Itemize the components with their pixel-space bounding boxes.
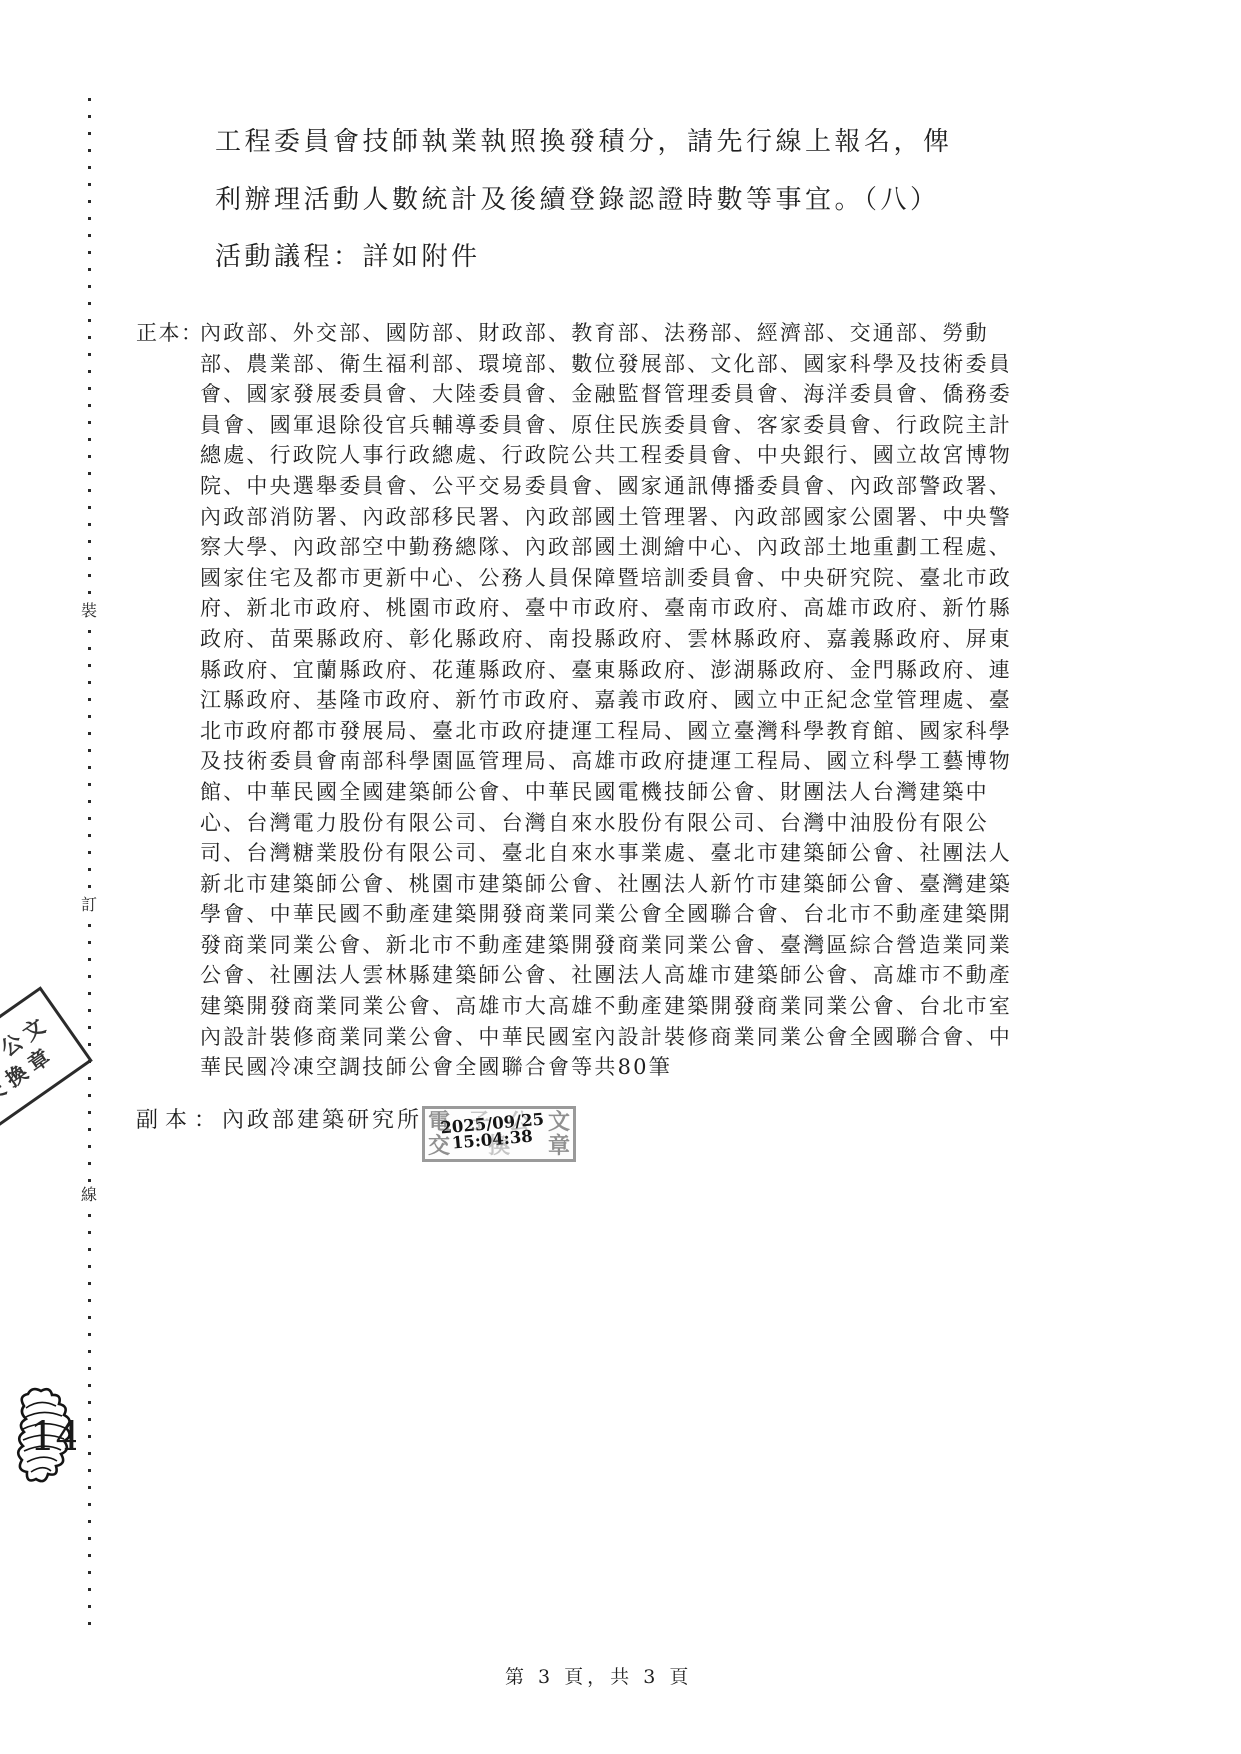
text-line: 政府、苗栗縣政府、彰化縣政府、南投縣政府、雲林縣政府、嘉義縣政府、屏東 [200,624,1012,655]
seal-icon: 14 [14,1386,76,1492]
text-line: 內政部消防署、內政部移民署、內政部國土管理署、內政部國家公園署、中央警 [200,502,1012,533]
binding-dotted-line [88,924,91,1182]
text-line: 司、台灣糖業股份有限公司、臺北自來水事業處、臺北市建築師公會、社團法人 [200,838,1012,869]
text-line: 院、中央選舉委員會、公平交易委員會、國家通訊傳播委員會、內政部警政署、 [200,471,1012,502]
recipients-label: 正本： [136,318,204,349]
text-line: 內政部、外交部、國防部、財政部、教育部、法務部、經濟部、交通部、勞動 [200,318,1012,349]
text-line: 江縣政府、基隆市政府、新竹市政府、嘉義市政府、國立中正紀念堂管理處、臺 [200,685,1012,716]
text-line: 工程委員會技師執業執照換發積分，請先行線上報名，俾 [215,114,953,172]
electronic-exchange-stamp: 電 子 公 文 交 換 章 2025/09/25 15:04:38 [422,1106,576,1162]
text-line: 學會、中華民國不動產建築開發商業同業公會全國聯合會、台北市不動產建築開 [200,899,1012,930]
binding-mark-ding: 訂 [80,896,98,914]
text-line: 縣政府、宜蘭縣政府、花蓮縣政府、臺東縣政府、澎湖縣政府、金門縣政府、連 [200,655,1012,686]
text-line: 總處、行政院人事行政總處、行政院公共工程委員會、中央銀行、國立故宮博物 [200,440,1012,471]
seal-number: 14 [30,1414,76,1460]
text-line: 會、國家發展委員會、大陸委員會、金融監督管理委員會、海洋委員會、僑務委 [200,379,1012,410]
text-line: 內設計裝修商業同業公會、中華民國室內設計裝修商業同業公會全國聯合會、中 [200,1022,1012,1053]
text-line: 察大學、內政部空中勤務總隊、內政部國土測繪中心、內政部土地重劃工程處、 [200,532,1012,563]
recipients-list: 內政部、外交部、國防部、財政部、教育部、法務部、經濟部、交通部、勞動部、農業部、… [200,318,1012,1083]
stamp-char: 章 [548,1135,570,1157]
text-line: 建築開發商業同業公會、高雄市大高雄不動產建築開發商業同業公會、台北市室 [200,991,1012,1022]
page-indicator: 第 3 頁，共 3 頁 [505,1662,692,1689]
text-line: 北市政府都市發展局、臺北市政府捷運工程局、國立臺灣科學教育館、國家科學 [200,716,1012,747]
binding-mark-zhuang: 裝 [80,602,98,620]
carbon-copy-value: 內政部建築研究所 [222,1104,422,1138]
paper-seal-graphic: 14 [14,1386,76,1496]
text-line: 發商業同業公會、新北市不動產建築開發商業同業公會、臺灣區綜合營造業同業 [200,930,1012,961]
body-paragraph: 工程委員會技師執業執照換發積分，請先行線上報名，俾利辦理活動人數統計及後續登錄認… [215,114,953,287]
rotated-exchange-stamp: 電子公文 交換章 [0,986,93,1139]
stamp-char: 文 [548,1111,570,1133]
official-document-page: 裝 訂 線 電子公文 交換章 14 工程委員會技師執業執照換發積分，請先行線上報… [0,0,1241,1754]
binding-dotted-line [88,1214,91,1634]
text-line: 館、中華民國全國建築師公會、中華民國電機技師公會、財團法人台灣建築中 [200,777,1012,808]
text-line: 活動議程：詳如附件 [215,229,953,287]
text-line: 公會、社團法人雲林縣建築師公會、社團法人高雄市建築師公會、高雄市不動產 [200,960,1012,991]
text-line: 新北市建築師公會、桃園市建築師公會、社團法人新竹市建築師公會、臺灣建築 [200,869,1012,900]
text-line: 部、農業部、衛生福利部、環境部、數位發展部、文化部、國家科學及技術委員 [200,349,1012,380]
text-line: 國家住宅及都市更新中心、公務人員保障暨培訓委員會、中央研究院、臺北市政 [200,563,1012,594]
binding-dotted-line [88,630,91,892]
binding-mark-xian: 線 [80,1186,98,1204]
text-line: 心、台灣電力股份有限公司、台灣自來水股份有限公司、台灣中油股份有限公 [200,808,1012,839]
text-line: 利辦理活動人數統計及後續登錄認證時數等事宜。（八） [215,172,953,230]
binding-dotted-line [88,98,91,596]
text-line: 府、新北市政府、桃園市政府、臺中市政府、臺南市政府、高雄市政府、新竹縣 [200,593,1012,624]
text-line: 及技術委員會南部科學園區管理局、高雄市政府捷運工程局、國立科學工藝博物 [200,746,1012,777]
text-line: 員會、國軍退除役官兵輔導委員會、原住民族委員會、客家委員會、行政院主計 [200,410,1012,441]
carbon-copy-label: 副本： [136,1104,223,1138]
text-line: 華民國冷凍空調技師公會全國聯合會等共80筆 [200,1052,1012,1083]
